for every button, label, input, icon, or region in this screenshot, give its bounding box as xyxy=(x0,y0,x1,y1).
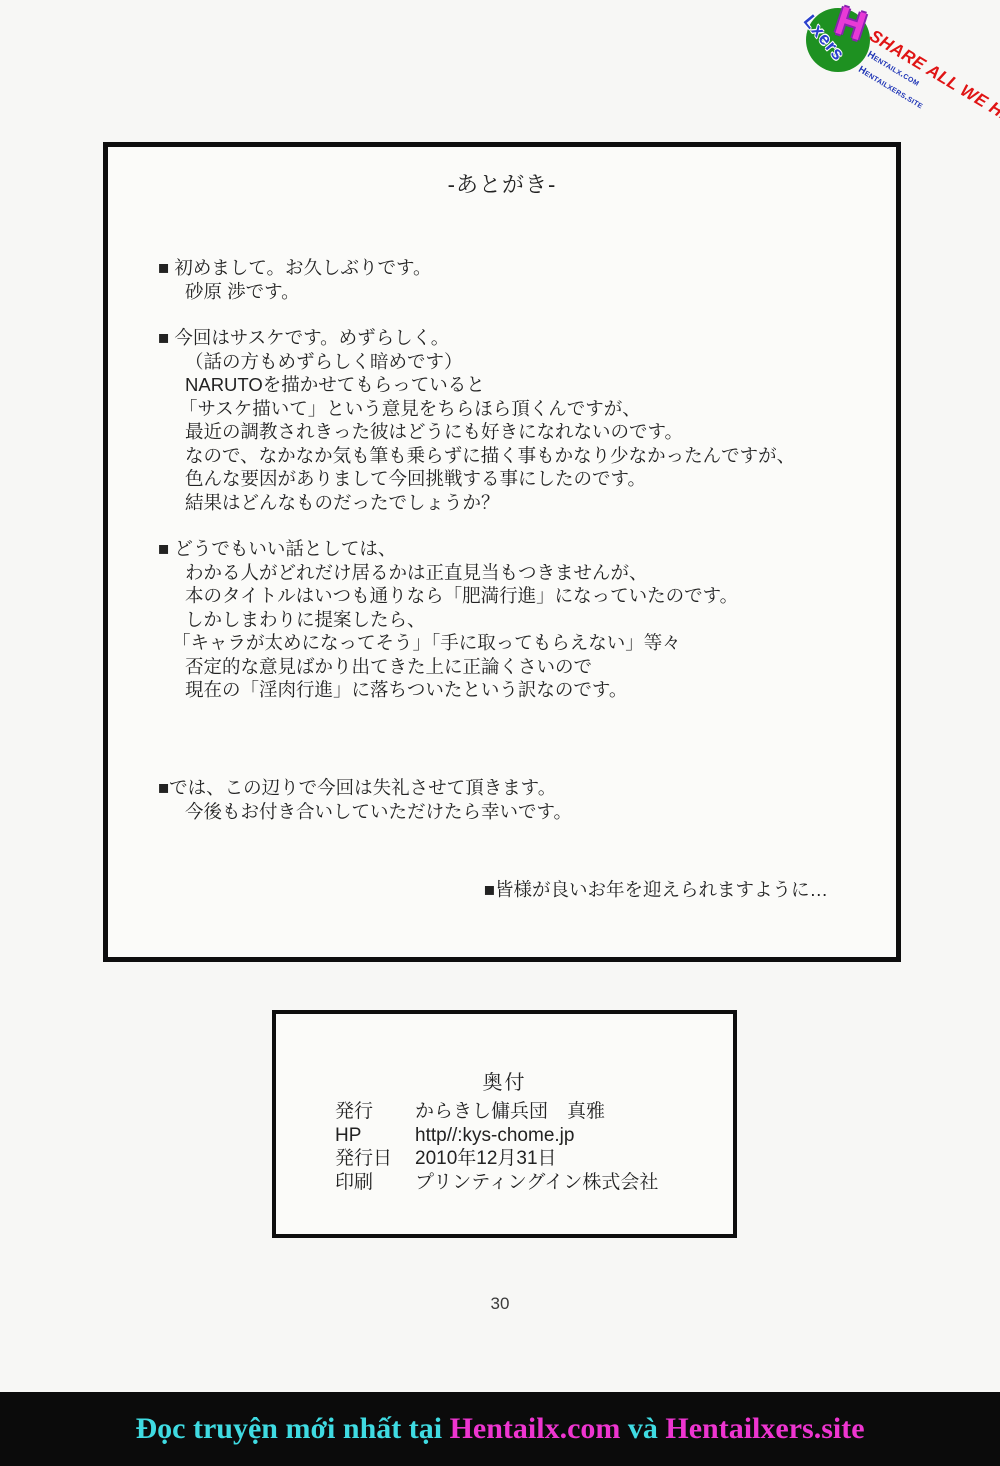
text-line: 「キャラが太めになってそう」「手に取ってもらえない」等々 xyxy=(108,631,896,655)
text-line: 否定的な意見ばかり出てきた上に正論くさいので xyxy=(108,655,896,679)
afterword-closing-line: ■皆様が良いお年を迎えられますように… xyxy=(108,876,896,902)
colophon-label: 発行 xyxy=(335,1100,415,1124)
colophon-rows: 発行からきし傭兵団 真雅 HPhttp//:kys-chome.jp 発行日20… xyxy=(276,1100,733,1194)
text-line: ■ どうでもいい話としては、 xyxy=(108,537,896,561)
text-line: 今後もお付き合いしていただけたら幸いです。 xyxy=(108,800,896,824)
text-line: 最近の調教されきった彼はどうにも好きになれないのです。 xyxy=(108,420,896,444)
afterword-paragraph-3: ■ どうでもいい話としては、 わかる人がどれだけ居るかは正直見当もつきませんが、… xyxy=(108,537,896,702)
colophon-value: からきし傭兵団 真雅 xyxy=(415,1101,605,1122)
text-line: わかる人がどれだけ居るかは正直見当もつきませんが、 xyxy=(108,561,896,585)
text-line: 本のタイトルはいつも通りなら「肥満行進」になっていたのです。 xyxy=(108,584,896,608)
text-line: 現在の「淫肉行進」に落ちついたという訳なのです。 xyxy=(108,678,896,702)
text-line: しかしまわりに提案したら、 xyxy=(108,608,896,632)
colophon-box: 奥付 発行からきし傭兵団 真雅 HPhttp//:kys-chome.jp 発行… xyxy=(272,1010,737,1238)
colophon-value: 2010年12月31日 xyxy=(415,1148,557,1169)
colophon-row-publisher: 発行からきし傭兵団 真雅 xyxy=(276,1100,733,1124)
colophon-row-printer: 印刷プリンティングイン株式会社 xyxy=(276,1171,733,1195)
footer-text: và xyxy=(620,1412,665,1445)
text-line: NARUTOを描かせてもらっていると xyxy=(108,373,896,397)
text-line: 色んな要因がありまして今回挑戦する事にしたのです。 xyxy=(108,467,896,491)
colophon-row-date: 発行日2010年12月31日 xyxy=(276,1147,733,1171)
afterword-paragraph-1: ■ 初めまして。お久しぶりです。 砂原 渉です。 xyxy=(108,256,896,303)
footer-site-hentailxers: Hentailxers.site xyxy=(665,1412,864,1445)
page-number: 30 xyxy=(0,1294,1000,1314)
colophon-row-hp: HPhttp//:kys-chome.jp xyxy=(276,1124,733,1148)
colophon-label: 印刷 xyxy=(335,1171,415,1195)
text-line: 結果はどんなものだったでしょうか？ xyxy=(108,491,896,515)
colophon-value: プリンティングイン株式会社 xyxy=(415,1172,658,1193)
logo-circle-icon: Lxers H xyxy=(806,8,870,72)
colophon-label: HP xyxy=(335,1124,415,1148)
afterword-paragraph-4: ■では、この辺りで今回は失礼させて頂きます。 今後もお付き合いしていただけたら幸… xyxy=(108,776,896,823)
afterword-paragraph-2: ■ 今回はサスケです。めずらしく。 （話の方もめずらしく暗めです） NARUTO… xyxy=(108,326,896,514)
text-line: ■では、この辺りで今回は失礼させて頂きます。 xyxy=(108,776,896,800)
colophon-title: 奥付 xyxy=(276,1066,733,1095)
afterword-title: -あとがき- xyxy=(108,168,896,199)
text-line: 砂原 渉です。 xyxy=(108,280,896,304)
text-line: ■ 初めまして。お久しぶりです。 xyxy=(108,256,896,280)
text-line: （話の方もめずらしく暗めです） xyxy=(108,350,896,374)
afterword-box: -あとがき- ■ 初めまして。お久しぶりです。 砂原 渉です。 ■ 今回はサスケ… xyxy=(103,142,901,962)
colophon-value: http//:kys-chome.jp xyxy=(415,1125,574,1146)
footer-site-hentailx: Hentailx.com xyxy=(450,1412,621,1445)
footer-banner: Đọc truyện mới nhất tại Hentailx.com và … xyxy=(0,1392,1000,1466)
footer-text: Đọc truyện mới nhất tại xyxy=(135,1412,449,1445)
text-line: 「サスケ描いて」という意見をちらほら頂くんですが、 xyxy=(108,397,896,421)
text-line: ■ 今回はサスケです。めずらしく。 xyxy=(108,326,896,350)
scanned-doujin-page: Lxers H SHARE ALL WE HAVE Hentailx.com H… xyxy=(0,0,1000,1466)
text-line: なので、なかなか気も筆も乗らずに描く事もかなり少なかったんですが、 xyxy=(108,444,896,468)
colophon-label: 発行日 xyxy=(335,1147,415,1171)
